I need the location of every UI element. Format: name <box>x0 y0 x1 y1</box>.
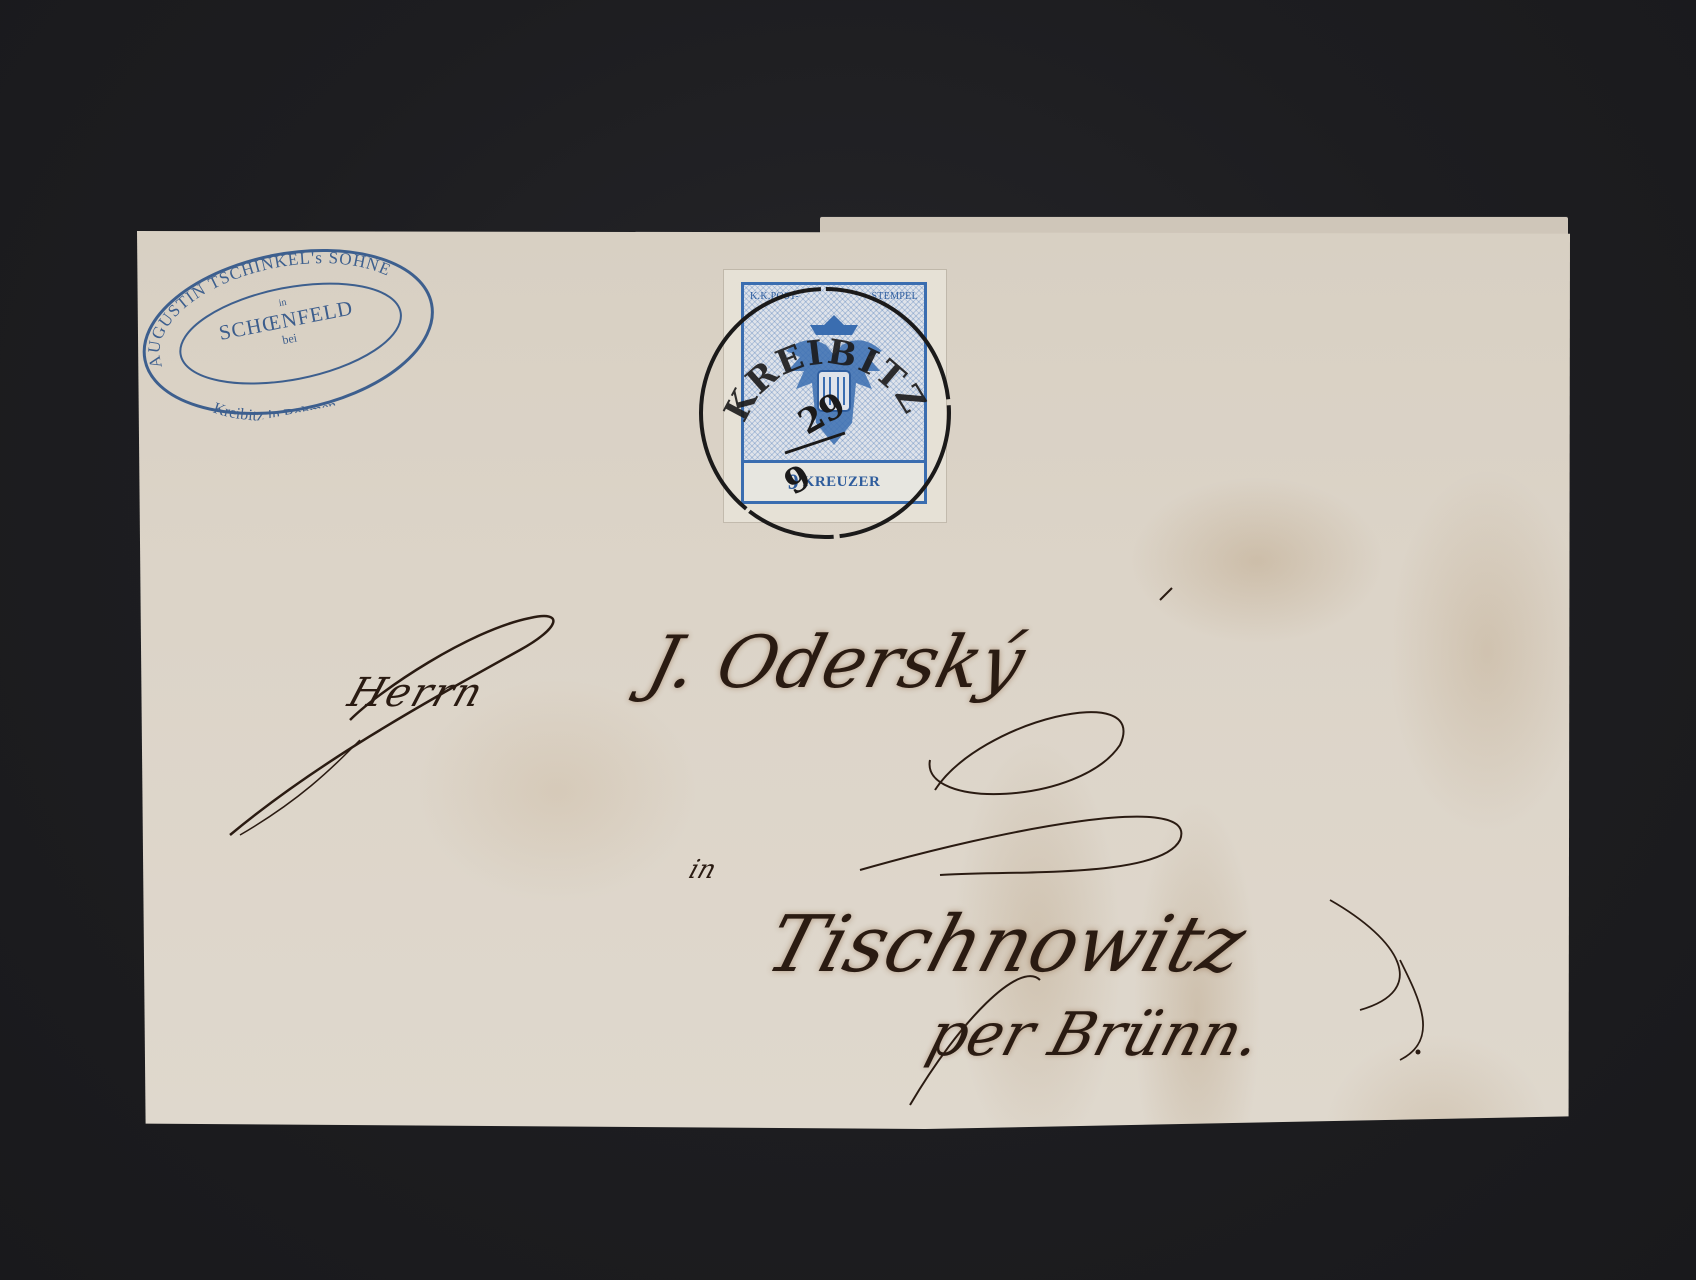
address-salutation: Herrn <box>343 670 491 716</box>
address-routing: per Brünn. <box>920 1000 1270 1070</box>
address-recipient-name: J. Oderský <box>640 620 1033 704</box>
svg-text:9: 9 <box>778 457 819 503</box>
circular-postmark: KREIBITZ 29 9 <box>695 283 955 543</box>
postmark-circle-icon: KREIBITZ 29 9 <box>695 283 955 543</box>
photo-scene: AUGUSTIN TSCHINKEL's SÖHNE Kreibitz in B… <box>0 0 1696 1280</box>
address-town: Tischnowitz <box>757 900 1255 990</box>
